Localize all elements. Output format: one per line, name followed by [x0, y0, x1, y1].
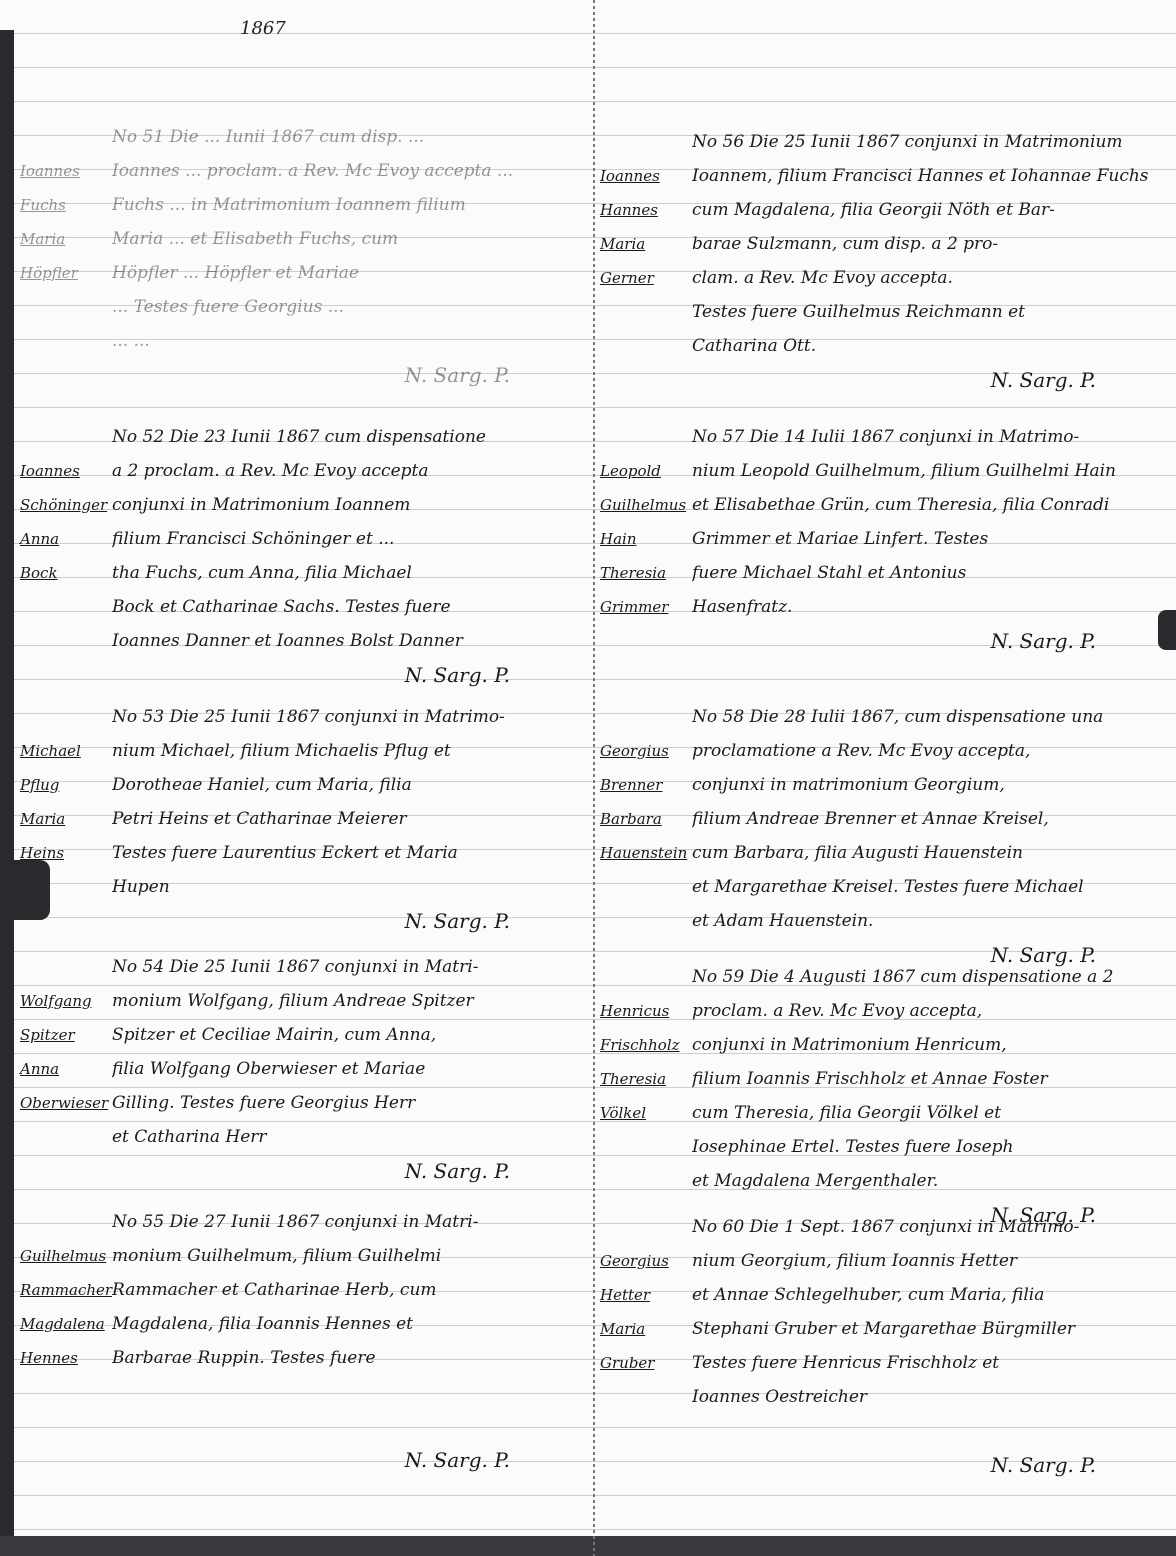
scan-edge-bottom	[0, 1536, 1176, 1556]
entry-51: No 51 Die ... Iunii 1867 cum disp. ... I…	[20, 120, 580, 392]
center-fold	[593, 0, 595, 1556]
scan-edge-left	[0, 30, 14, 1556]
entry-53: No 53 Die 25 Iunii 1867 conjunxi in Matr…	[20, 700, 580, 938]
signature: N. Sarg. P.	[20, 658, 580, 692]
entry-57: No 57 Die 14 Iulii 1867 conjunxi in Matr…	[600, 420, 1166, 658]
entry-58: No 58 Die 28 Iulii 1867, cum dispensatio…	[600, 700, 1166, 972]
entry-56: No 56 Die 25 Iunii 1867 conjunxi in Matr…	[600, 125, 1166, 397]
signature: N. Sarg. P.	[20, 904, 580, 938]
signature: N. Sarg. P.	[20, 358, 580, 392]
entry-60: No 60 Die 1 Sept. 1867 conjunxi in Matri…	[600, 1210, 1166, 1482]
entry-54: No 54 Die 25 Iunii 1867 conjunxi in Matr…	[20, 950, 580, 1188]
signature: N. Sarg. P.	[600, 624, 1166, 658]
entry-59: No 59 Die 4 Augusti 1867 cum dispensatio…	[600, 960, 1166, 1232]
entry-55: No 55 Die 27 Iunii 1867 conjunxi in Matr…	[20, 1205, 580, 1477]
signature: N. Sarg. P.	[600, 1448, 1166, 1482]
entry-52: No 52 Die 23 Iunii 1867 cum dispensation…	[20, 420, 580, 692]
signature: N. Sarg. P.	[20, 1443, 580, 1477]
register-page: 1867 No 51 Die ... Iunii 1867 cum disp. …	[0, 0, 1176, 1556]
page-header-year: 1867	[240, 18, 286, 39]
signature: N. Sarg. P.	[20, 1154, 580, 1188]
signature: N. Sarg. P.	[600, 363, 1166, 397]
